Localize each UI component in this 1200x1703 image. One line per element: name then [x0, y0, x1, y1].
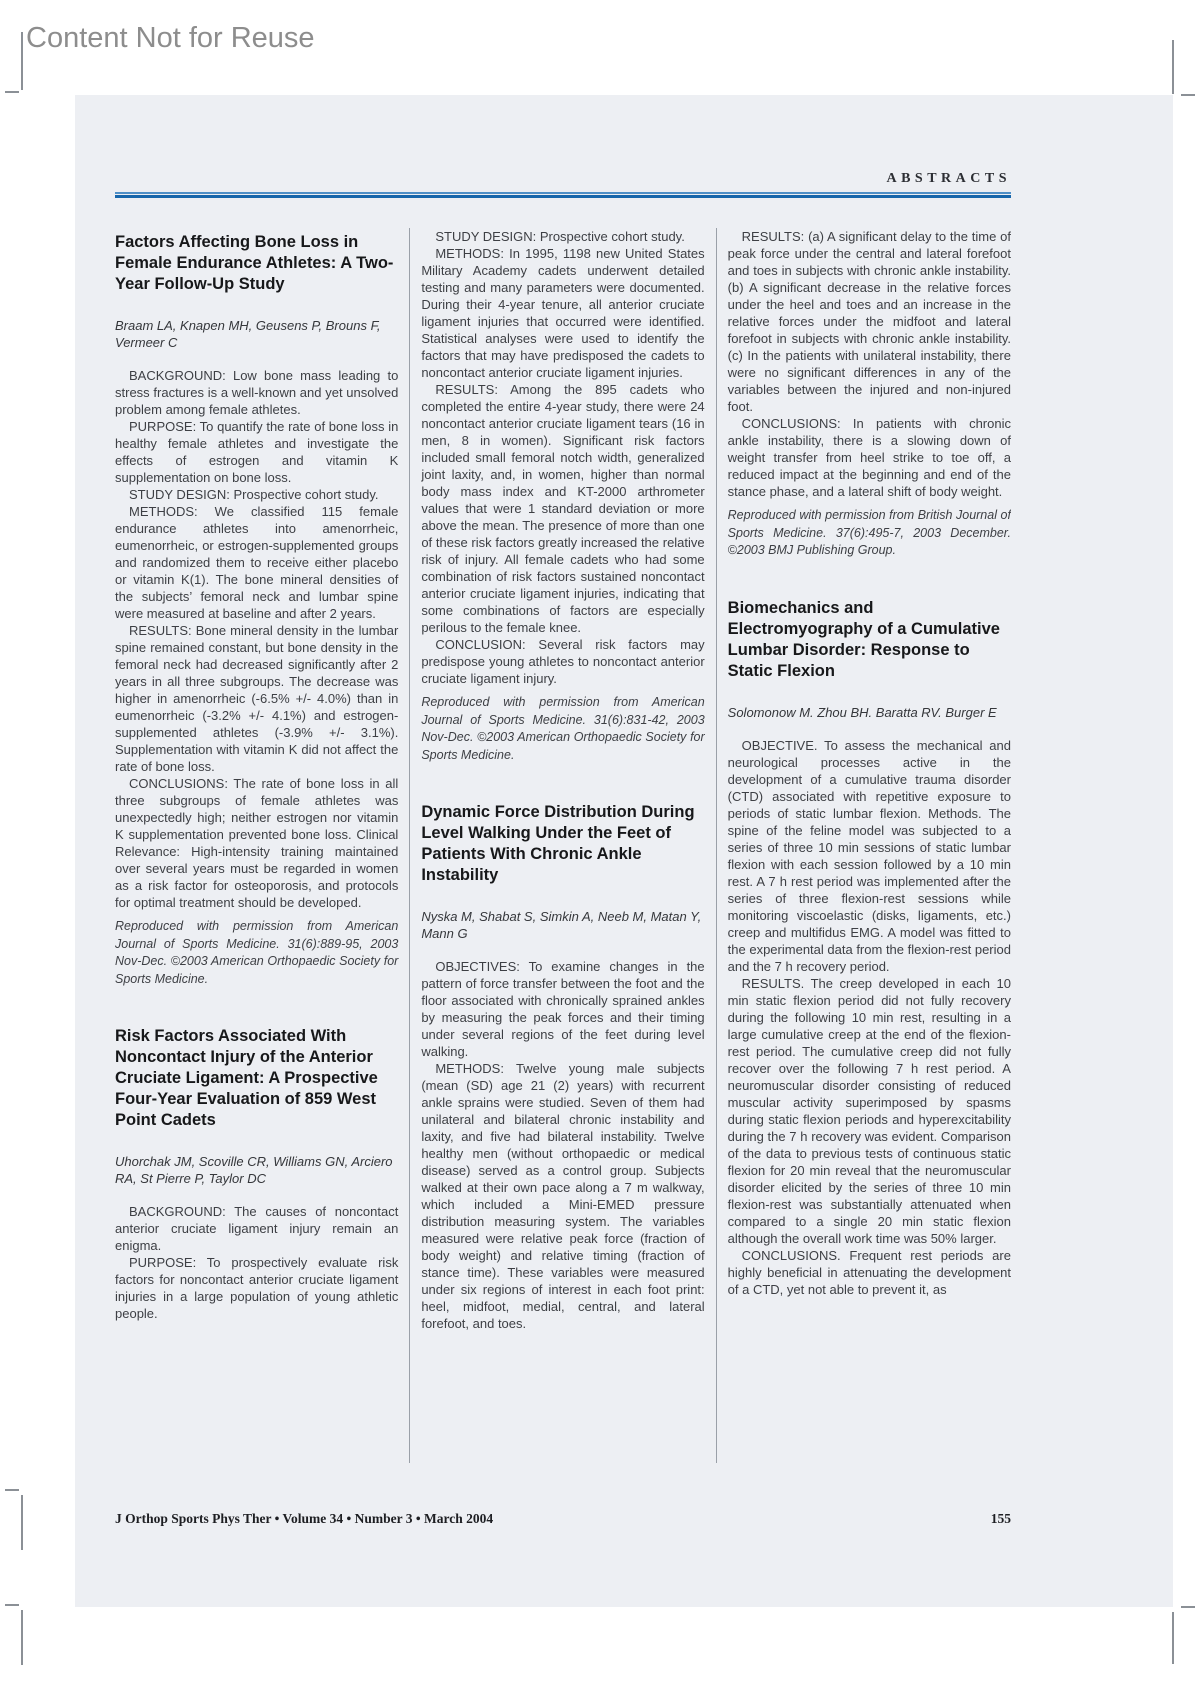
abstract-paragraph: CONCLUSIONS: In patients with chronic an… [728, 415, 1011, 500]
abstracts-header: ABSTRACTS [115, 95, 1011, 187]
abstract-paragraph: RESULTS: Among the 895 cadets who comple… [421, 381, 704, 636]
abstract-paragraph: RESULTS: (a) A significant delay to the … [728, 228, 1011, 415]
watermark: Content Not for Reuse [26, 22, 315, 55]
abstract-paragraph: CONCLUSIONS: The rate of bone loss in al… [115, 775, 398, 911]
abstract-paragraph: CONCLUSION: Several risk factors may pre… [421, 636, 704, 687]
column-3: RESULTS: (a) A significant delay to the … [716, 228, 1011, 1463]
abstract-paragraph: RESULTS. The creep developed in each 10 … [728, 975, 1011, 1247]
abstract-authors: Braam LA, Knapen MH, Geusens P, Brouns F… [115, 317, 398, 351]
column-2: STUDY DESIGN: Prospective cohort study.M… [409, 228, 704, 1463]
crop-mark-bottom-left-lower-vertical [21, 1610, 23, 1665]
abstract-citation: Reproduced with permission from American… [421, 694, 704, 764]
crop-mark-bottom-left-upper-vertical [21, 1495, 23, 1550]
column-1: Factors Affecting Bone Loss in Female En… [115, 228, 398, 1463]
crop-mark-bottom-right-vertical [1172, 1612, 1174, 1664]
journal-page: ABSTRACTS Factors Affecting Bone Loss in… [75, 95, 1173, 1607]
page-number: 155 [991, 1511, 1011, 1527]
abstract-paragraph: METHODS: We classified 115 female endura… [115, 503, 398, 622]
crop-mark-top-left-horizontal [5, 91, 19, 93]
abstract-paragraph: BACKGROUND: The causes of noncontact ant… [115, 1203, 398, 1254]
page-content: ABSTRACTS Factors Affecting Bone Loss in… [115, 95, 1011, 1527]
abstract-paragraph: CONCLUSIONS. Frequent rest periods are h… [728, 1247, 1011, 1298]
footer-journal-line: J Orthop Sports Phys Ther • Volume 34 • … [115, 1511, 493, 1527]
abstract-paragraph: PURPOSE: To prospectively evaluate risk … [115, 1254, 398, 1322]
abstract-paragraph: BACKGROUND: Low bone mass leading to str… [115, 367, 398, 418]
crop-mark-bottom-right-horizontal [1181, 1606, 1195, 1608]
abstract-paragraph: PURPOSE: To quantify the rate of bone lo… [115, 418, 398, 486]
abstract-paragraph: OBJECTIVES: To examine changes in the pa… [421, 958, 704, 1060]
abstract-title: Dynamic Force Distribution During Level … [421, 802, 704, 886]
abstracts-text-area: Factors Affecting Bone Loss in Female En… [115, 228, 1011, 1463]
abstract-paragraph: OBJECTIVE. To assess the mechanical and … [728, 737, 1011, 975]
abstract-citation: Reproduced with permission from American… [115, 918, 398, 988]
abstract-title: Biomechanics and Electromyography of a C… [728, 598, 1011, 682]
abstract-authors: Solomonow M. Zhou BH. Baratta RV. Burger… [728, 704, 1011, 721]
crop-mark-top-right-vertical [1172, 40, 1174, 94]
crop-mark-bottom-left-upper-horizontal [5, 1489, 19, 1491]
header-rule [115, 192, 1011, 198]
abstract-authors: Uhorchak JM, Scoville CR, Williams GN, A… [115, 1153, 398, 1187]
abstract-paragraph: STUDY DESIGN: Prospective cohort study. [115, 486, 398, 503]
abstract-paragraph: STUDY DESIGN: Prospective cohort study. [421, 228, 704, 245]
abstract-citation: Reproduced with permission from British … [728, 507, 1011, 560]
crop-mark-top-right-horizontal [1181, 94, 1195, 96]
crop-mark-bottom-left-lower-horizontal [5, 1604, 19, 1606]
abstract-authors: Nyska M, Shabat S, Simkin A, Neeb M, Mat… [421, 908, 704, 942]
abstract-paragraph: METHODS: Twelve young male subjects (mea… [421, 1060, 704, 1332]
abstract-paragraph: METHODS: In 1995, 1198 new United States… [421, 245, 704, 381]
page-footer: J Orthop Sports Phys Ther • Volume 34 • … [115, 1511, 1011, 1527]
abstract-title: Factors Affecting Bone Loss in Female En… [115, 232, 398, 295]
crop-mark-top-left-vertical [21, 32, 23, 90]
abstract-paragraph: RESULTS: Bone mineral density in the lum… [115, 622, 398, 775]
abstract-title: Risk Factors Associated With Noncontact … [115, 1026, 398, 1131]
